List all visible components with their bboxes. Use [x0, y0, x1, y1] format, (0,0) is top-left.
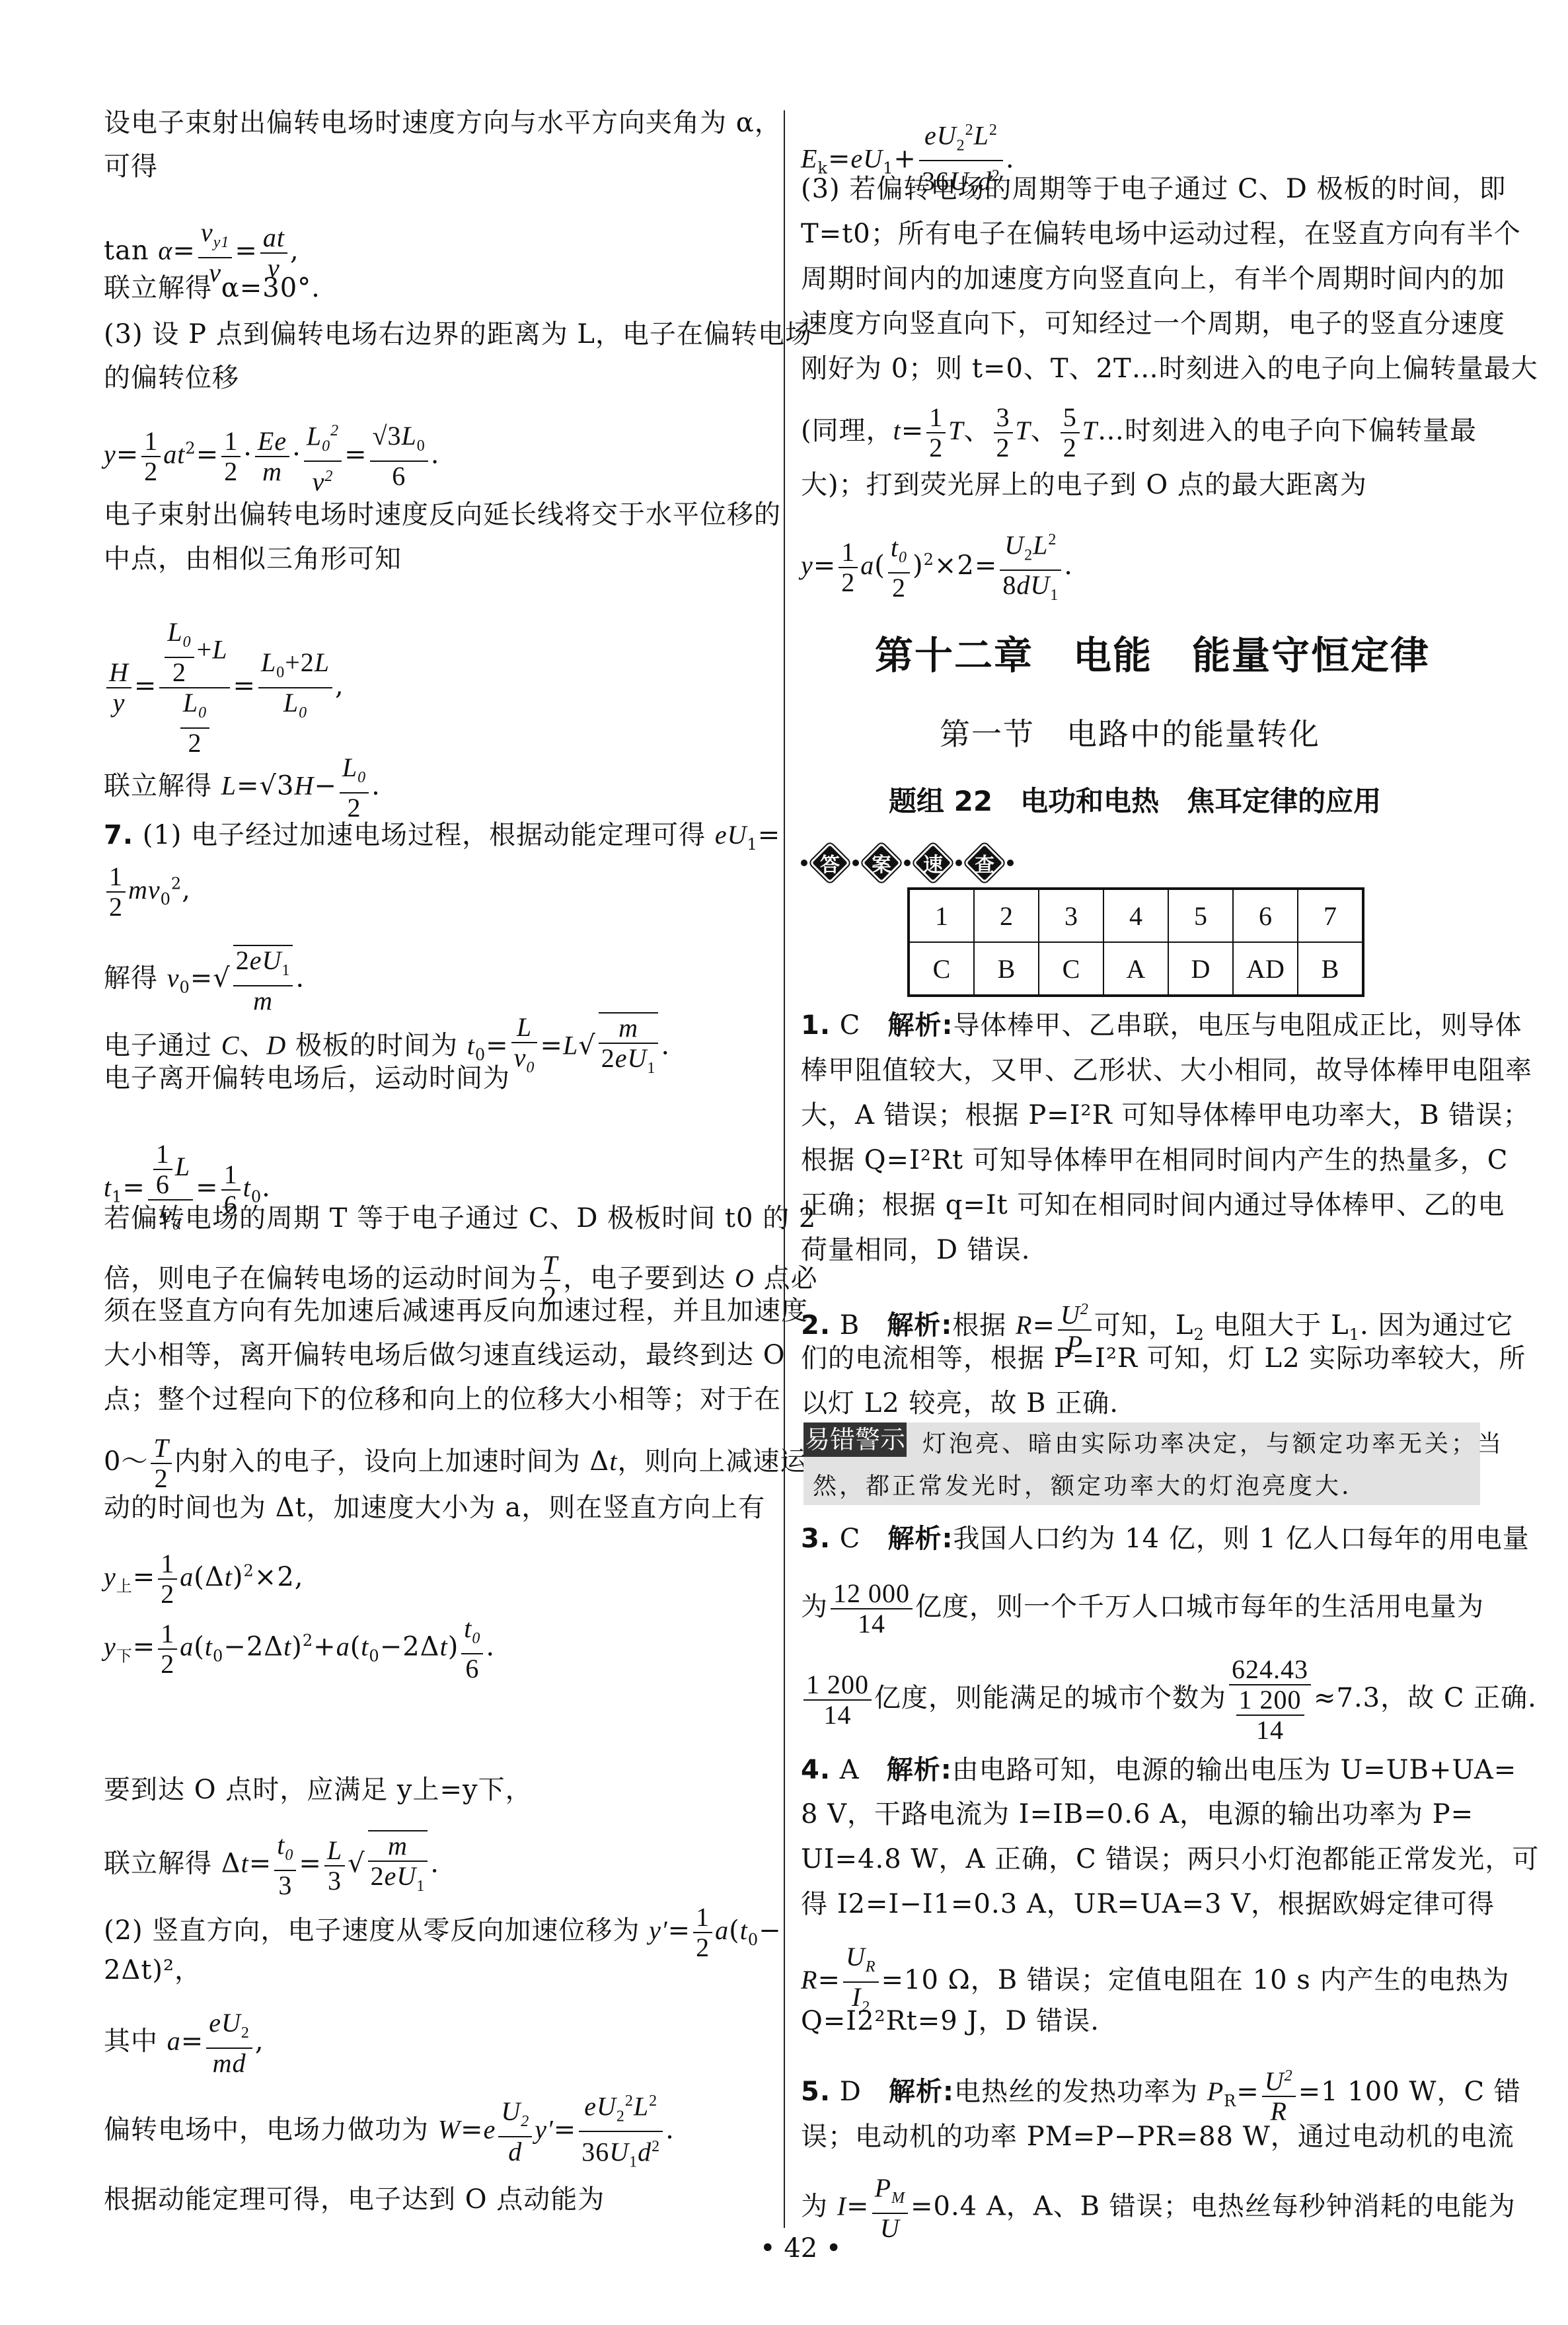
formula-y-up: y上=12a(Δt)2×2,	[104, 1549, 303, 1609]
table-cell: 3	[1039, 889, 1103, 942]
text-line: 得 I2=I−I1=0.3 A，UR=UA=3 V，根据欧姆定律可得	[801, 1888, 1495, 1920]
table-cell: C	[1039, 942, 1103, 996]
text-line: 大，A 错误；根据 P=I²R 可知导体棒甲电功率大，B 错误；	[801, 1099, 1530, 1131]
text-line: 设电子束射出偏转电场时速度方向与水平方向夹角为 α，	[104, 107, 782, 139]
column-divider	[784, 110, 785, 2228]
text-line: 点；整个过程向下的位移和向上的位移大小相等；对于在	[104, 1384, 781, 1415]
formula-y-deflection: y=12at2=12·Eem·L02v2=√3L06.	[104, 416, 440, 497]
warning-text: 然，都正常发光时，额定功率大的灯泡亮度大.	[813, 1467, 1351, 1501]
text-line: Q=I2²Rt=9 J，D 错误.	[801, 2005, 1100, 2037]
formula-similar-triangles: Hy=L02+LL02=L0+2LL0,	[104, 618, 344, 758]
table-cell: 6	[1233, 889, 1298, 942]
text-line: 的偏转位移	[104, 362, 239, 394]
answer-table: 1 2 3 4 5 6 7 C B C A D AD B	[907, 887, 1364, 997]
dot-icon	[904, 860, 911, 866]
page-number: • 42 •	[760, 2233, 842, 2264]
text-line: 以灯 L2 较亮，故 B 正确.	[801, 1387, 1119, 1419]
dot-icon	[955, 860, 962, 866]
formula-0-to-T-half: 0～T2内射入的电子，设向上加速时间为 Δt，则向上减速运	[104, 1434, 807, 1493]
text-line: 根据 Q=I²Rt 可知导体棒甲在相同时间内产生的热量多，C	[801, 1144, 1508, 1176]
formula-kinetic: 12mv02,	[104, 862, 191, 922]
group-title: 题组 22 电功和电热 焦耳定律的应用	[889, 780, 1381, 819]
text-line: 正确；根据 q=It 可知在相同时间内通过导体棒甲、乙的电	[801, 1189, 1505, 1221]
question-7-line: 7. (1) 电子经过加速电场过程，根据动能定理可得 eU1=	[104, 819, 780, 860]
dot-icon	[1007, 860, 1014, 866]
dot-icon	[801, 860, 807, 866]
formula-a: 其中 a=eU2md,	[104, 2009, 264, 2078]
formula-line: 为 I=PMU=0.4 A，A、B 错误；电热丝每秒钟消耗的电能为	[801, 2174, 1516, 2243]
solution-3-head: 3. C 解析:我国人口约为 14 亿，则 1 亿人口每年的用电量	[801, 1523, 1530, 1555]
solution-5-head: 5. D 解析:电热丝的发热功率为 PR=U2R=1 100 W，C 错	[801, 2061, 1521, 2126]
warning-tag: 易错警示	[803, 1422, 907, 1457]
formula-y-prime: (2) 竖直方向，电子速度从零反向加速位移为 y′=12a(t0−	[104, 1903, 782, 1962]
text-line: 大)；打到荧光屏上的电子到 O 点的最大距离为	[801, 469, 1367, 501]
text-line: 刚好为 0；则 t=0、T、2T…时刻进入的电子向上偏转量最大	[801, 353, 1538, 385]
diamond-badge: 查	[964, 842, 1005, 883]
text-line: 大小相等，离开偏转电场后做匀速直线运动，最终到达 O	[104, 1339, 786, 1371]
table-cell: 7	[1298, 889, 1363, 942]
formula-L-result: 联立解得 L=√3H−L02.	[104, 753, 381, 823]
answer-quick-check-badge: 答 案 速 查	[801, 844, 1014, 881]
table-cell: 2	[974, 889, 1039, 942]
text-line: 若偏转电场的周期 T 等于电子通过 C、D 极板时间 t0 的 2	[104, 1202, 816, 1234]
diamond-badge: 速	[913, 842, 953, 883]
formula-same-logic: (同理，t=12T、32T、52T…时刻进入的电子向下偏转量最	[801, 403, 1477, 462]
formula-W: 偏转电场中，电场力做功为 W=eU2dy′=eU22L236U1d2.	[104, 2086, 675, 2177]
text-line: 速度方向竖直向下，可知经过一个周期，电子的竖直分速度	[801, 308, 1505, 340]
formula-line: 1 20014亿度，则能满足的城市个数为624.431 20014≈7.3，故 …	[801, 1655, 1537, 1745]
formula-line: 为12 00014亿度，则一个千万人口城市每年的生活用电量为	[801, 1579, 1484, 1639]
table-cell: C	[909, 942, 974, 996]
text-line: 误；电动机的功率 PM=P−PR=88 W，通过电动机的电流	[801, 2121, 1514, 2153]
common-mistake-warning: 易错警示 灯泡亮、暗由实际功率决定，与额定功率无关；当 然，都正常发光时，额定功…	[803, 1422, 1480, 1505]
table-row-answers: C B C A D AD B	[909, 942, 1363, 996]
text-line: 要到达 O 点时，应满足 y上=y下，	[104, 1774, 533, 1806]
text-line: 可得	[104, 151, 158, 182]
text-line: 电子束射出偏转电场时速度反向延长线将交于水平位移的	[104, 499, 781, 531]
table-cell: B	[974, 942, 1039, 996]
text-line: 们的电流相等，根据 P=I²R 可知，灯 L2 实际功率较大，所	[801, 1343, 1526, 1374]
formula-delta-t: 联立解得 Δt=t03=L3√m2eU1.	[104, 1830, 439, 1901]
text-line: (3) 设 P 点到偏转电场右边界的距离为 L，电子在偏转电场	[104, 318, 812, 350]
table-cell: D	[1168, 942, 1233, 996]
text-line: 2Δt)²，	[104, 1954, 202, 1986]
table-cell: 5	[1168, 889, 1233, 942]
text-line: 动的时间也为 Δt，加速度大小为 a，则在竖直方向上有	[104, 1492, 765, 1524]
formula-y-down: y下=12a(t0−2Δt)2+a(t0−2Δt)t06.	[104, 1614, 495, 1683]
solution-4-head: 4. A 解析:由电路可知，电源的输出电压为 U=UB+UA=	[801, 1754, 1516, 1786]
text-line: 根据动能定理可得，电子达到 O 点动能为	[104, 2184, 605, 2215]
solution-1-head: 1. C 解析:导体棒甲、乙串联，电压与电阻成正比，则导体	[801, 1010, 1522, 1041]
table-row-numbers: 1 2 3 4 5 6 7	[909, 889, 1363, 942]
text-line: 荷量相同，D 错误.	[801, 1234, 1031, 1266]
formula-y-max: y=12a(t02)2×2=U2L28dU1.	[801, 525, 1073, 610]
chapter-title: 第十二章 电能 能量守恒定律	[875, 624, 1430, 680]
table-cell: B	[1298, 942, 1363, 996]
table-cell: 4	[1103, 889, 1168, 942]
warning-text: 灯泡亮、暗由实际功率决定，与额定功率无关；当	[922, 1425, 1504, 1459]
text-line: 8 V，干路电流为 I=IB=0.6 A，电源的输出功率为 P=	[801, 1798, 1474, 1830]
text-line: 联立解得 α=30°.	[104, 272, 320, 304]
section-title: 第一节 电路中的能量转化	[940, 710, 1320, 754]
table-cell: 1	[909, 889, 974, 942]
text-line: 周期时间内的加速度方向竖直向上，有半个周期时间内的加	[801, 263, 1505, 295]
text-line: T=t0；所有电子在偏转电场中运动过程，在竖直方向有半个	[801, 218, 1521, 250]
dot-icon	[852, 860, 859, 866]
text-line: 中点，由相似三角形可知	[104, 543, 402, 575]
text-line: 电子离开偏转电场后，运动时间为	[104, 1062, 510, 1094]
diamond-badge: 案	[861, 842, 902, 883]
text-line: UI=4.8 W，A 正确，C 错误；两只小灯泡都能正常发光，可	[801, 1843, 1539, 1875]
table-cell: AD	[1233, 942, 1298, 996]
text-line: 棒甲阻值较大，又甲、乙形状、大小相同，故导体棒甲电阻率	[801, 1054, 1532, 1086]
formula-v0: 解得 v0=√2eU1m.	[104, 945, 305, 1015]
table-cell: A	[1103, 942, 1168, 996]
text-line: 须在竖直方向有先加速后减速再反向加速过程，并且加速度	[104, 1295, 808, 1327]
text-line: (3) 若偏转电场的周期等于电子通过 C、D 极板的时间，即	[801, 173, 1506, 205]
diamond-badge: 答	[809, 842, 850, 883]
